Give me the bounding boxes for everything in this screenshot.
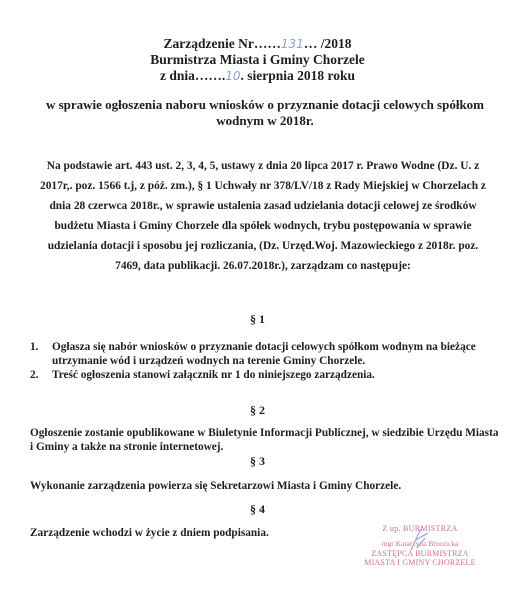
document-page: Zarządzenie Nr……131… /2018 Burmistrza Mi… <box>0 0 515 600</box>
list-item-number: 2. <box>30 368 38 382</box>
title-prefix: Zarządzenie Nr…… <box>164 36 281 51</box>
title-suffix: … /2018 <box>304 36 352 51</box>
section-heading-1: § 1 <box>0 312 515 327</box>
handwritten-date-day: 10 <box>225 69 240 83</box>
date-suffix: . sierpnia 2018 roku <box>241 68 356 83</box>
subject: w sprawie ogłoszenia naboru wniosków o p… <box>30 97 500 129</box>
section-heading-2: § 2 <box>0 403 515 418</box>
section-heading-3: § 3 <box>0 454 515 469</box>
handwritten-ordinance-number: 131 <box>281 37 304 51</box>
list-item: 1. Ogłasza się nabór wniosków o przyznan… <box>30 340 490 368</box>
list-item-number: 1. <box>30 340 38 354</box>
legal-basis: Na podstawie art. 443 ust. 2, 3, 4, 5, u… <box>38 156 488 276</box>
stamp-line-4: MIASTA I GMINY CHORZELE <box>355 558 485 567</box>
list-item-text: Ogłasza się nabór wniosków o przyznanie … <box>52 341 476 367</box>
issuer: Burmistrza Miasta i Gminy Chorzele <box>0 52 515 68</box>
ordinance-date: z dnia…….10. sierpnia 2018 roku <box>0 68 515 84</box>
ordinance-title: Zarządzenie Nr……131… /2018 <box>0 36 515 52</box>
section-heading-4: § 4 <box>0 502 515 517</box>
section-3-text: Wykonanie zarządzenia powierza się Sekre… <box>30 479 500 493</box>
section-1-list: 1. Ogłasza się nabór wniosków o przyznan… <box>30 340 490 382</box>
signature-icon <box>405 526 435 554</box>
list-item: 2. Treść ogłoszenia stanowi załącznik nr… <box>30 368 490 382</box>
section-2-text: Ogłoszenie zostanie opublikowane w Biule… <box>30 426 500 454</box>
date-prefix: z dnia……. <box>160 68 225 83</box>
list-item-text: Treść ogłoszenia stanowi załącznik nr 1 … <box>52 369 375 381</box>
